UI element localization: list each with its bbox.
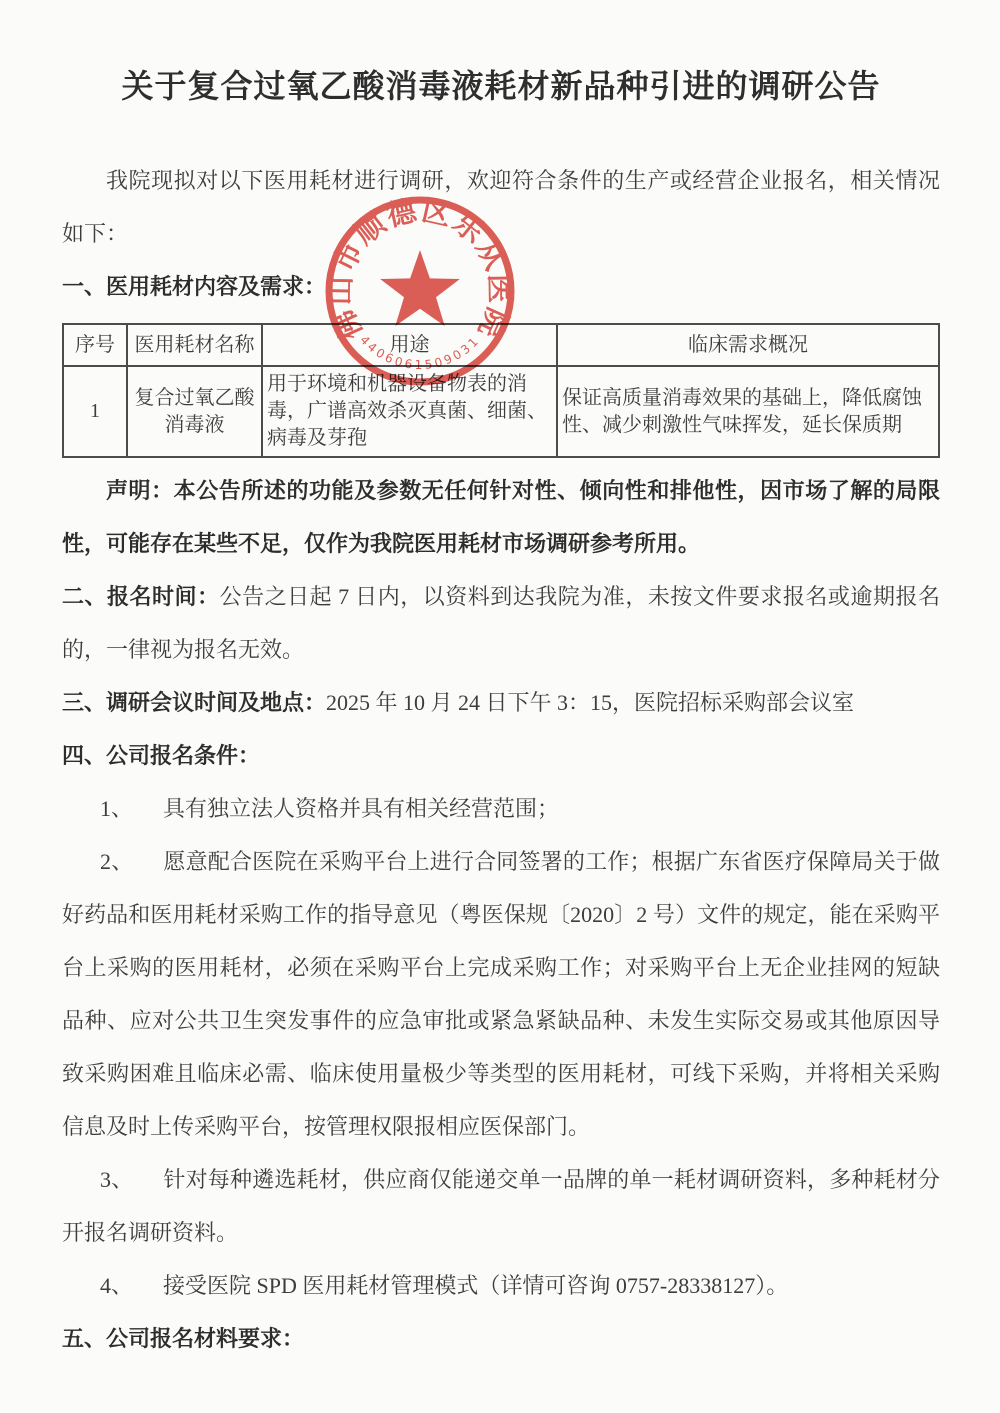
table-header-demand: 临床需求概况 (557, 324, 939, 366)
cell-demand: 保证高质量消毒效果的基础上，降低腐蚀性、减少刺激性气味挥发，延长保质期 (557, 366, 939, 457)
cell-usage: 用于环境和机器设备物表的消毒，广谱高效杀灭真菌、细菌、病毒及芽孢 (262, 366, 557, 457)
list-item-3-number: 3、 (100, 1167, 163, 1192)
table-row: 1 复合过氧乙酸消毒液 用于环境和机器设备物表的消毒，广谱高效杀灭真菌、细菌、病… (63, 366, 939, 457)
table-header-no: 序号 (63, 324, 127, 366)
section1-heading: 一、医用耗材内容及需求： (62, 260, 940, 313)
table-header-usage: 用途 (262, 324, 557, 366)
cell-name: 复合过氧乙酸消毒液 (127, 366, 262, 457)
list-item-2-number: 2、 (100, 849, 163, 874)
section2-paragraph: 二、报名时间：公告之日起 7 日内，以资料到达我院为准，未按文件要求报名或逾期报… (62, 570, 940, 676)
list-item-3-text: 针对每种遴选耗材，供应商仅能递交单一品牌的单一耗材调研资料，多种耗材分开报名调研… (62, 1167, 940, 1245)
list-item-4: 4、接受医院 SPD 医用耗材管理模式（详情可咨询 0757-28338127）… (62, 1259, 940, 1312)
statement-label: 声明： (106, 478, 174, 503)
intro-paragraph: 我院现拟对以下医用耗材进行调研，欢迎符合条件的生产或经营企业报名，相关情况如下： (62, 154, 940, 260)
list-item-3: 3、针对每种遴选耗材，供应商仅能递交单一品牌的单一耗材调研资料，多种耗材分开报名… (62, 1153, 940, 1259)
list-item-1: 1、具有独立法人资格并具有相关经营范围； (62, 782, 940, 835)
page-title: 关于复合过氧乙酸消毒液耗材新品种引进的调研公告 (62, 0, 940, 108)
section3-paragraph: 三、调研会议时间及地点：2025 年 10 月 24 日下午 3：15，医院招标… (62, 676, 940, 729)
table-header-name: 医用耗材名称 (127, 324, 262, 366)
statement-paragraph: 声明：本公告所述的功能及参数无任何针对性、倾向性和排他性，因市场了解的局限性，可… (62, 464, 940, 570)
statement-text: 本公告所述的功能及参数无任何针对性、倾向性和排他性，因市场了解的局限性，可能存在… (62, 478, 940, 556)
list-item-4-text: 接受医院 SPD 医用耗材管理模式（详情可咨询 0757-28338127）。 (163, 1273, 788, 1298)
section5-heading: 五、公司报名材料要求： (62, 1312, 940, 1365)
list-item-1-text: 具有独立法人资格并具有相关经营范围； (163, 796, 559, 821)
section4-heading: 四、公司报名条件： (62, 729, 940, 782)
list-item-1-number: 1、 (100, 796, 163, 821)
list-item-4-number: 4、 (100, 1273, 163, 1298)
document-page: 关于复合过氧乙酸消毒液耗材新品种引进的调研公告 我院现拟对以下医用耗材进行调研，… (0, 0, 1000, 1413)
cell-no: 1 (63, 366, 127, 457)
list-item-2-text: 愿意配合医院在采购平台上进行合同签署的工作；根据广东省医疗保障局关于做好药品和医… (62, 849, 940, 1139)
section3-text: 2025 年 10 月 24 日下午 3：15，医院招标采购部会议室 (326, 690, 854, 715)
section3-label: 三、调研会议时间及地点： (62, 690, 326, 715)
list-item-2: 2、愿意配合医院在采购平台上进行合同签署的工作；根据广东省医疗保障局关于做好药品… (62, 835, 940, 1153)
consumables-table: 序号 医用耗材名称 用途 临床需求概况 1 复合过氧乙酸消毒液 用于环境和机器设… (62, 323, 940, 458)
table-header-row: 序号 医用耗材名称 用途 临床需求概况 (63, 324, 939, 366)
section2-label: 二、报名时间： (62, 584, 220, 609)
